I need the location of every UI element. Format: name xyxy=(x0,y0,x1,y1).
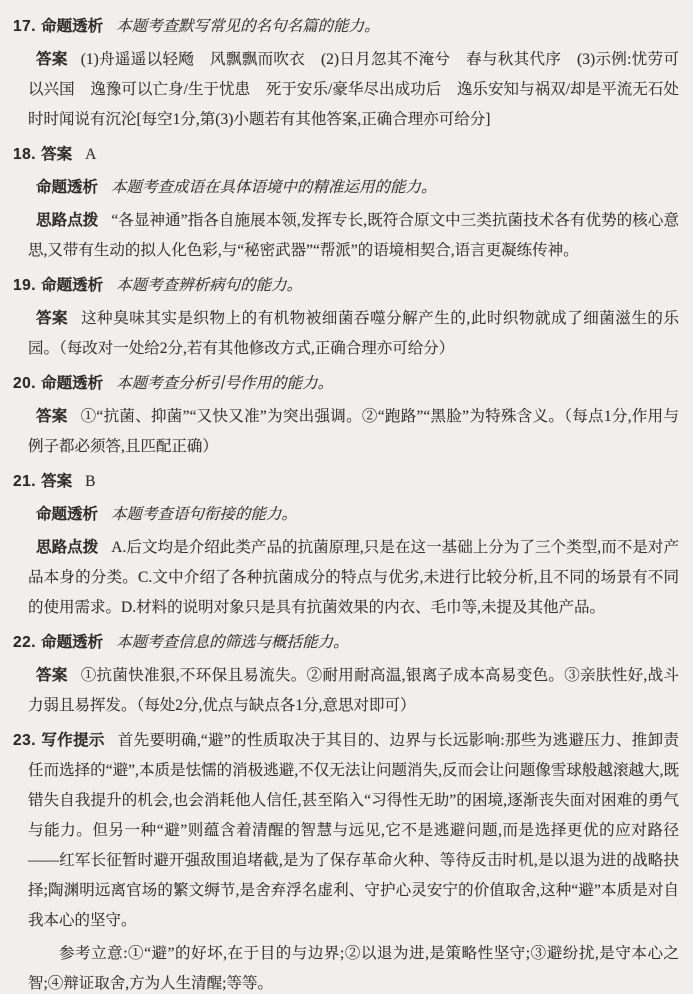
commentary-paragraph: 17.命题透析本题考查默写常见的名句名篇的能力。 xyxy=(13,12,679,42)
answer-paragraph: 答案(1)舟遥遥以轻飏 风飘飘而吹衣 (2)日月忽其不淹兮 春与秋其代序 (3)… xyxy=(13,45,679,135)
answer-paragraph: 答案这种臭味其实是织物上的有机物被细菌吞噬分解产生的,此时织物就成了细菌滋生的乐… xyxy=(13,304,679,364)
commentary-analysis-text: 本题考查成语在具体语境中的精准运用的能力。 xyxy=(111,179,437,196)
item-19: 19.命题透析本题考查辨析病句的能力。 答案这种臭味其实是织物上的有机物被细菌吞… xyxy=(13,271,679,364)
item-18: 18.答案A 命题透析本题考查成语在具体语境中的精准运用的能力。 思路点拨“各显… xyxy=(13,140,679,266)
commentary-paragraph: 19.命题透析本题考查辨析病句的能力。 xyxy=(13,271,679,301)
thinking-tips-text: A.后文均是介绍此类产品的抗菌原理,只是在这一基础上分为了三个类型,而不是对产品… xyxy=(28,539,679,616)
answer-key-page: 17.命题透析本题考查默写常见的名句名篇的能力。 答案(1)舟遥遥以轻飏 风飘飘… xyxy=(0,0,693,994)
commentary-paragraph: 命题透析本题考查语句衔接的能力。 xyxy=(13,500,679,530)
answer-choice: A xyxy=(85,146,96,163)
answer-paragraph: 答案①抗菌快准狠,不环保且易流失。②耐用耐高温,银离子成本高易变色。③亲肤性好,… xyxy=(13,661,679,721)
commentary-analysis-text: 本题考查分析引号作用的能力。 xyxy=(116,375,333,392)
item-number: 20. xyxy=(13,375,36,392)
commentary-paragraph: 22.命题透析本题考查信息的筛选与概括能力。 xyxy=(13,628,679,658)
answer-text: (1)舟遥遥以轻飏 风飘飘而吹衣 (2)日月忽其不淹兮 春与秋其代序 (3)示例… xyxy=(28,51,693,128)
commentary-analysis-label: 命题透析 xyxy=(36,179,98,196)
thinking-tips-paragraph: 思路点拨“各显神通”指各自施展本领,发挥专长,既符合原文中三类抗菌技术各有优势的… xyxy=(13,206,679,266)
answer-choice: B xyxy=(85,473,95,490)
writing-guide-text: 首先要明确,“避”的性质取决于其目的、边界与长远影响:那些为逃避压力、推卸责任而… xyxy=(28,732,679,929)
answer-label: 答案 xyxy=(41,146,72,163)
commentary-analysis-text: 本题考查语句衔接的能力。 xyxy=(111,506,297,523)
item-20: 20.命题透析本题考查分析引号作用的能力。 答案①“抗菌、抑菌”“又快又准”为突… xyxy=(13,369,679,462)
answer-label: 答案 xyxy=(36,408,68,425)
commentary-analysis-text: 本题考查默写常见的名句名篇的能力。 xyxy=(116,18,380,35)
answer-label: 答案 xyxy=(36,310,68,327)
item-17: 17.命题透析本题考查默写常见的名句名篇的能力。 答案(1)舟遥遥以轻飏 风飘飘… xyxy=(13,12,679,135)
writing-guide-label: 写作提示 xyxy=(41,732,105,749)
commentary-analysis-text: 本题考查信息的筛选与概括能力。 xyxy=(116,634,349,651)
commentary-analysis-label: 命题透析 xyxy=(41,18,103,35)
item-number: 17. xyxy=(13,18,36,35)
item-23: 23.写作提示首先要明确,“避”的性质取决于其目的、边界与长远影响:那些为逃避压… xyxy=(13,726,679,994)
answer-paragraph: 答案①“抗菌、抑菌”“又快又准”为突出强调。②“跑路”“黑脸”为特殊含义。（每点… xyxy=(13,402,679,462)
answer-label: 答案 xyxy=(41,473,72,490)
thinking-tips-paragraph: 思路点拨A.后文均是介绍此类产品的抗菌原理,只是在这一基础上分为了三个类型,而不… xyxy=(13,533,679,623)
item-number: 23. xyxy=(13,732,36,749)
item-21: 21.答案B 命题透析本题考查语句衔接的能力。 思路点拨A.后文均是介绍此类产品… xyxy=(13,467,679,623)
answer-text: 这种臭味其实是织物上的有机物被细菌吞噬分解产生的,此时织物就成了细菌滋生的乐园。… xyxy=(28,310,679,357)
item-number: 21. xyxy=(13,473,36,490)
answer-text: ①“抗菌、抑菌”“又快又准”为突出强调。②“跑路”“黑脸”为特殊含义。（每点1分… xyxy=(28,408,679,455)
item-number: 22. xyxy=(13,634,36,651)
commentary-analysis-label: 命题透析 xyxy=(41,277,103,294)
answer-text: ①抗菌快准狠,不环保且易流失。②耐用耐高温,银离子成本高易变色。③亲肤性好,战斗… xyxy=(28,667,679,714)
thinking-tips-label: 思路点拨 xyxy=(36,539,98,556)
item-number: 18. xyxy=(13,146,36,163)
thinking-tips-text: “各显神通”指各自施展本领,发挥专长,既符合原文中三类抗菌技术各有优势的核心意思… xyxy=(28,212,679,259)
item-22: 22.命题透析本题考查信息的筛选与概括能力。 答案①抗菌快准狠,不环保且易流失。… xyxy=(13,628,679,721)
commentary-analysis-text: 本题考查辨析病句的能力。 xyxy=(116,277,302,294)
answer-paragraph: 18.答案A xyxy=(13,140,679,170)
item-number: 19. xyxy=(13,277,36,294)
reference-ideas-paragraph: 参考立意:①“避”的好坏,在于目的与边界;②以退为进,是策略性坚守;③避纷扰,是… xyxy=(13,939,679,994)
answer-label: 答案 xyxy=(36,51,68,68)
commentary-analysis-label: 命题透析 xyxy=(41,634,103,651)
answer-label: 答案 xyxy=(36,667,68,684)
commentary-paragraph: 命题透析本题考查成语在具体语境中的精准运用的能力。 xyxy=(13,173,679,203)
writing-guide-paragraph: 23.写作提示首先要明确,“避”的性质取决于其目的、边界与长远影响:那些为逃避压… xyxy=(13,726,679,936)
commentary-paragraph: 20.命题透析本题考查分析引号作用的能力。 xyxy=(13,369,679,399)
reference-ideas-text: 参考立意:①“避”的好坏,在于目的与边界;②以退为进,是策略性坚守;③避纷扰,是… xyxy=(28,945,679,992)
answer-paragraph: 21.答案B xyxy=(13,467,679,497)
commentary-analysis-label: 命题透析 xyxy=(41,375,103,392)
thinking-tips-label: 思路点拨 xyxy=(36,212,98,229)
commentary-analysis-label: 命题透析 xyxy=(36,506,98,523)
